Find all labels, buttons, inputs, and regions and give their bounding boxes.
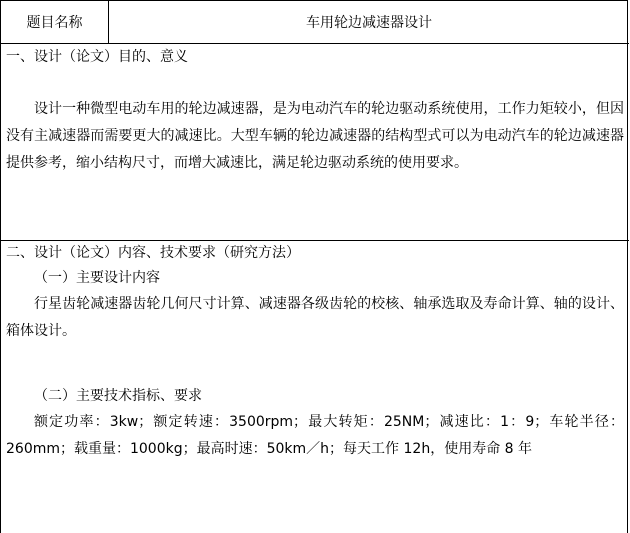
subsection-design-content-title: （一）主要设计内容 (34, 267, 160, 287)
section-purpose-heading: 一、设计（论文）目的、意义 (6, 46, 188, 66)
section-content: 二、设计（论文）内容、技术要求（研究方法） （一）主要设计内容 行星齿轮减速器齿… (1, 241, 629, 533)
title-label: 题目名称 (1, 1, 109, 43)
project-title: 车用轮边减速器设计 (109, 1, 629, 43)
section-content-heading: 二、设计（论文）内容、技术要求（研究方法） (6, 242, 300, 262)
document-table: 题目名称 车用轮边减速器设计 一、设计（论文）目的、意义 设计一种微型电动车用的… (0, 0, 628, 533)
subsection-tech-specs-title: （二）主要技术指标、要求 (34, 385, 202, 405)
section-purpose-paragraph: 设计一种微型电动车用的轮边减速器，是为电动汽车的轮边驱动系统使用，工作力矩较小，… (6, 96, 624, 177)
subsection-design-content-text: 行星齿轮减速器齿轮几何尺寸计算、减速器各级齿轮的校核、轴承选取及寿命计算、轴的设… (6, 291, 624, 345)
section-purpose: 一、设计（论文）目的、意义 设计一种微型电动车用的轮边减速器，是为电动汽车的轮边… (1, 44, 629, 241)
title-row: 题目名称 车用轮边减速器设计 (1, 1, 629, 44)
subsection-tech-specs-text: 额定功率：3kw；额定转速：3500rpm；最大转矩：25NM；减速比：1：9；… (6, 409, 624, 463)
